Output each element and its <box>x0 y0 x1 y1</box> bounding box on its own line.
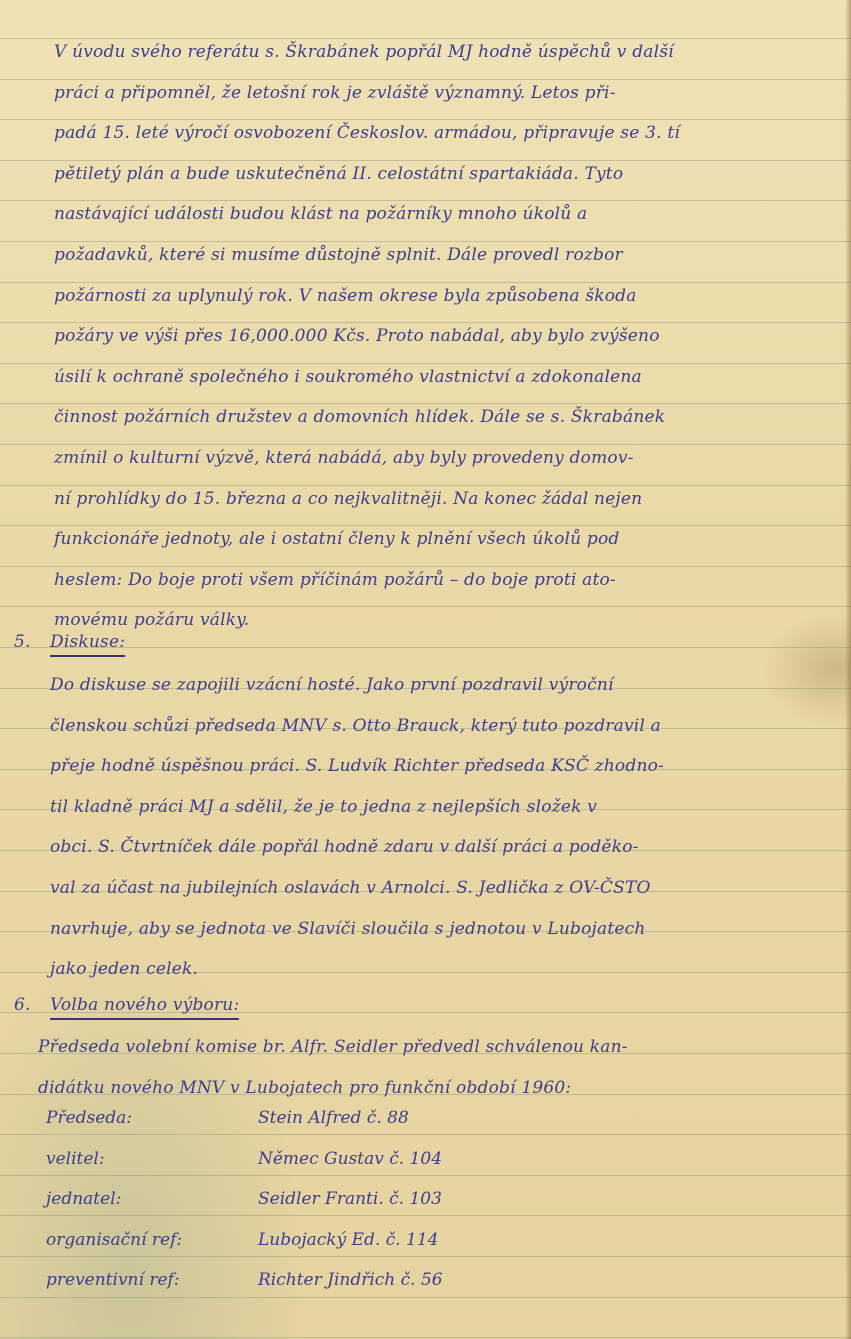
section-5-heading: 5.Diskuse: <box>14 632 831 652</box>
candidate-row: jednatel:Seidler Franti. č. 103 <box>46 1189 442 1209</box>
rule-line <box>0 1256 851 1257</box>
handwritten-line: V úvodu svého referátu s. Škrabánek popř… <box>54 42 831 62</box>
candidate-role: jednatel: <box>46 1189 258 1209</box>
rule-line <box>0 1297 851 1298</box>
handwritten-line: Předseda volební komise br. Alfr. Seidle… <box>38 1037 831 1057</box>
handwritten-line: til kladně práci MJ a sdělil, že je to j… <box>50 797 831 817</box>
candidate-role: preventivní ref: <box>46 1270 258 1290</box>
handwritten-line: obci. S. Čtvrtníček dále popřál hodně zd… <box>50 837 831 857</box>
section-title: Diskuse: <box>50 632 125 657</box>
handwritten-line: zmínil o kulturní výzvě, která nabádá, a… <box>54 448 831 468</box>
rule-line <box>0 79 851 80</box>
handwritten-line: heslem: Do boje proti všem příčinám požá… <box>54 570 831 590</box>
candidate-role: Předseda: <box>46 1108 258 1128</box>
candidate-name: Richter Jindřich č. 56 <box>258 1270 443 1290</box>
handwritten-line: práci a připomněl, že letošní rok je zvl… <box>54 83 831 103</box>
candidate-name: Seidler Franti. č. 103 <box>258 1189 442 1209</box>
candidate-row: Předseda:Stein Alfred č. 88 <box>46 1108 409 1128</box>
rule-line <box>0 282 851 283</box>
candidate-name: Němec Gustav č. 104 <box>258 1149 442 1169</box>
handwritten-line: požárnosti za uplynulý rok. V našem okre… <box>54 286 831 306</box>
section-number: 6. <box>14 995 50 1015</box>
rule-line <box>0 403 851 404</box>
handwritten-line: úsilí k ochraně společného i soukromého … <box>54 367 831 387</box>
candidate-role: velitel: <box>46 1149 258 1169</box>
handwritten-line: přeje hodně úspěšnou práci. S. Ludvík Ri… <box>50 756 831 776</box>
handwritten-line: nastávající události budou klást na požá… <box>54 204 831 224</box>
rule-line <box>0 38 851 39</box>
rule-line <box>0 363 851 364</box>
rule-line <box>0 525 851 526</box>
rule-line <box>0 485 851 486</box>
candidate-row: preventivní ref:Richter Jindřich č. 56 <box>46 1270 443 1290</box>
handwritten-line: členskou schůzi předseda MNV s. Otto Bra… <box>50 716 831 736</box>
rule-line <box>0 241 851 242</box>
candidate-role: organisační ref: <box>46 1230 258 1250</box>
candidate-row: organisační ref:Lubojacký Ed. č. 114 <box>46 1230 438 1250</box>
handwritten-line: požadavků, které si musíme důstojně spln… <box>54 245 831 265</box>
rule-line <box>0 1175 851 1176</box>
handwritten-line: funkcionáře jednoty, ale i ostatní členy… <box>54 529 831 549</box>
handwritten-line: navrhuje, aby se jednota ve Slavíči slou… <box>50 919 831 939</box>
page-binding-edge <box>845 0 851 1339</box>
handwritten-line: didátku nového MNV v Lubojatech pro funk… <box>38 1078 831 1098</box>
rule-line <box>0 119 851 120</box>
rule-line <box>0 200 851 201</box>
rule-line <box>0 160 851 161</box>
handwritten-line: požáry ve výši přes 16,000.000 Kčs. Prot… <box>54 326 831 346</box>
rule-line <box>0 606 851 607</box>
section-title: Volba nového výboru: <box>50 995 239 1020</box>
section-6-heading: 6.Volba nového výboru: <box>14 995 831 1015</box>
handwritten-line: val za účast na jubilejních oslavách v A… <box>50 878 831 898</box>
rule-line <box>0 1337 851 1338</box>
rule-line <box>0 1215 851 1216</box>
handwritten-line: pětiletý plán a bude uskutečněná II. cel… <box>54 164 831 184</box>
handwritten-line: ní prohlídky do 15. března a co nejkvali… <box>54 489 831 509</box>
rule-line <box>0 322 851 323</box>
handwritten-line: movému požáru války. <box>54 610 831 630</box>
candidate-name: Lubojacký Ed. č. 114 <box>258 1230 438 1250</box>
handwritten-line: padá 15. leté výročí osvobození Českoslo… <box>54 123 831 143</box>
rule-line <box>0 1134 851 1135</box>
rule-line <box>0 566 851 567</box>
handwritten-line: jako jeden celek. <box>50 959 831 979</box>
handwritten-line: činnost požárních družstev a domovních h… <box>54 407 831 427</box>
section-number: 5. <box>14 632 50 652</box>
candidate-name: Stein Alfred č. 88 <box>258 1108 409 1128</box>
candidate-row: velitel:Němec Gustav č. 104 <box>46 1149 442 1169</box>
ruled-lines <box>0 0 851 1339</box>
ledger-page: V úvodu svého referátu s. Škrabánek popř… <box>0 0 851 1339</box>
handwritten-line: Do diskuse se zapojili vzácní hosté. Jak… <box>50 675 831 695</box>
rule-line <box>0 444 851 445</box>
